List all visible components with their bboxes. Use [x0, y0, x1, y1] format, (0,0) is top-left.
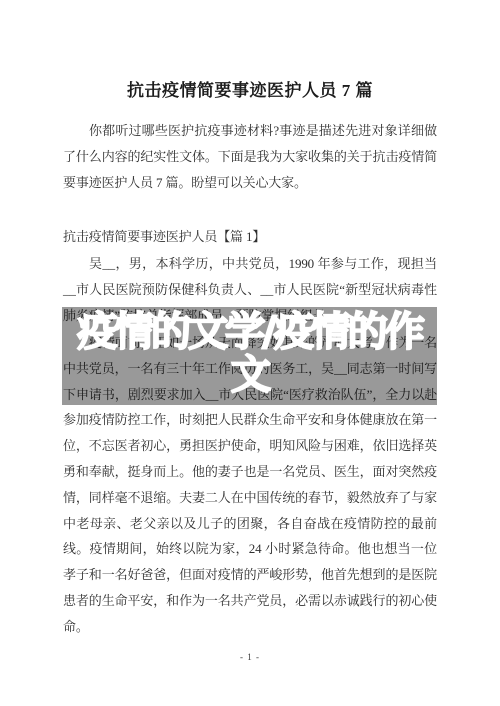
- intro-paragraph: 你都听过哪些医护抗疫事迹材料?事迹是描述先进对象详细做了什么内容的纪实性文体。下…: [63, 118, 437, 195]
- document-title: 抗击疫情简要事迹医护人员 7 篇: [0, 76, 500, 101]
- watermark-text-line2: 文: [62, 353, 437, 397]
- page-number: - 1 -: [0, 652, 500, 662]
- section1-heading: 抗击疫情简要事迹医护人员【篇 1】: [63, 224, 437, 250]
- watermark-text-line1: 疫情的文学/疫情的作: [62, 310, 437, 354]
- watermark-banner: 疫情的文学/疫情的作 文: [62, 307, 437, 405]
- document-page: 抗击疫情简要事迹医护人员 7 篇 你都听过哪些医护抗疫事迹材料?事迹是描述先进对…: [0, 0, 500, 706]
